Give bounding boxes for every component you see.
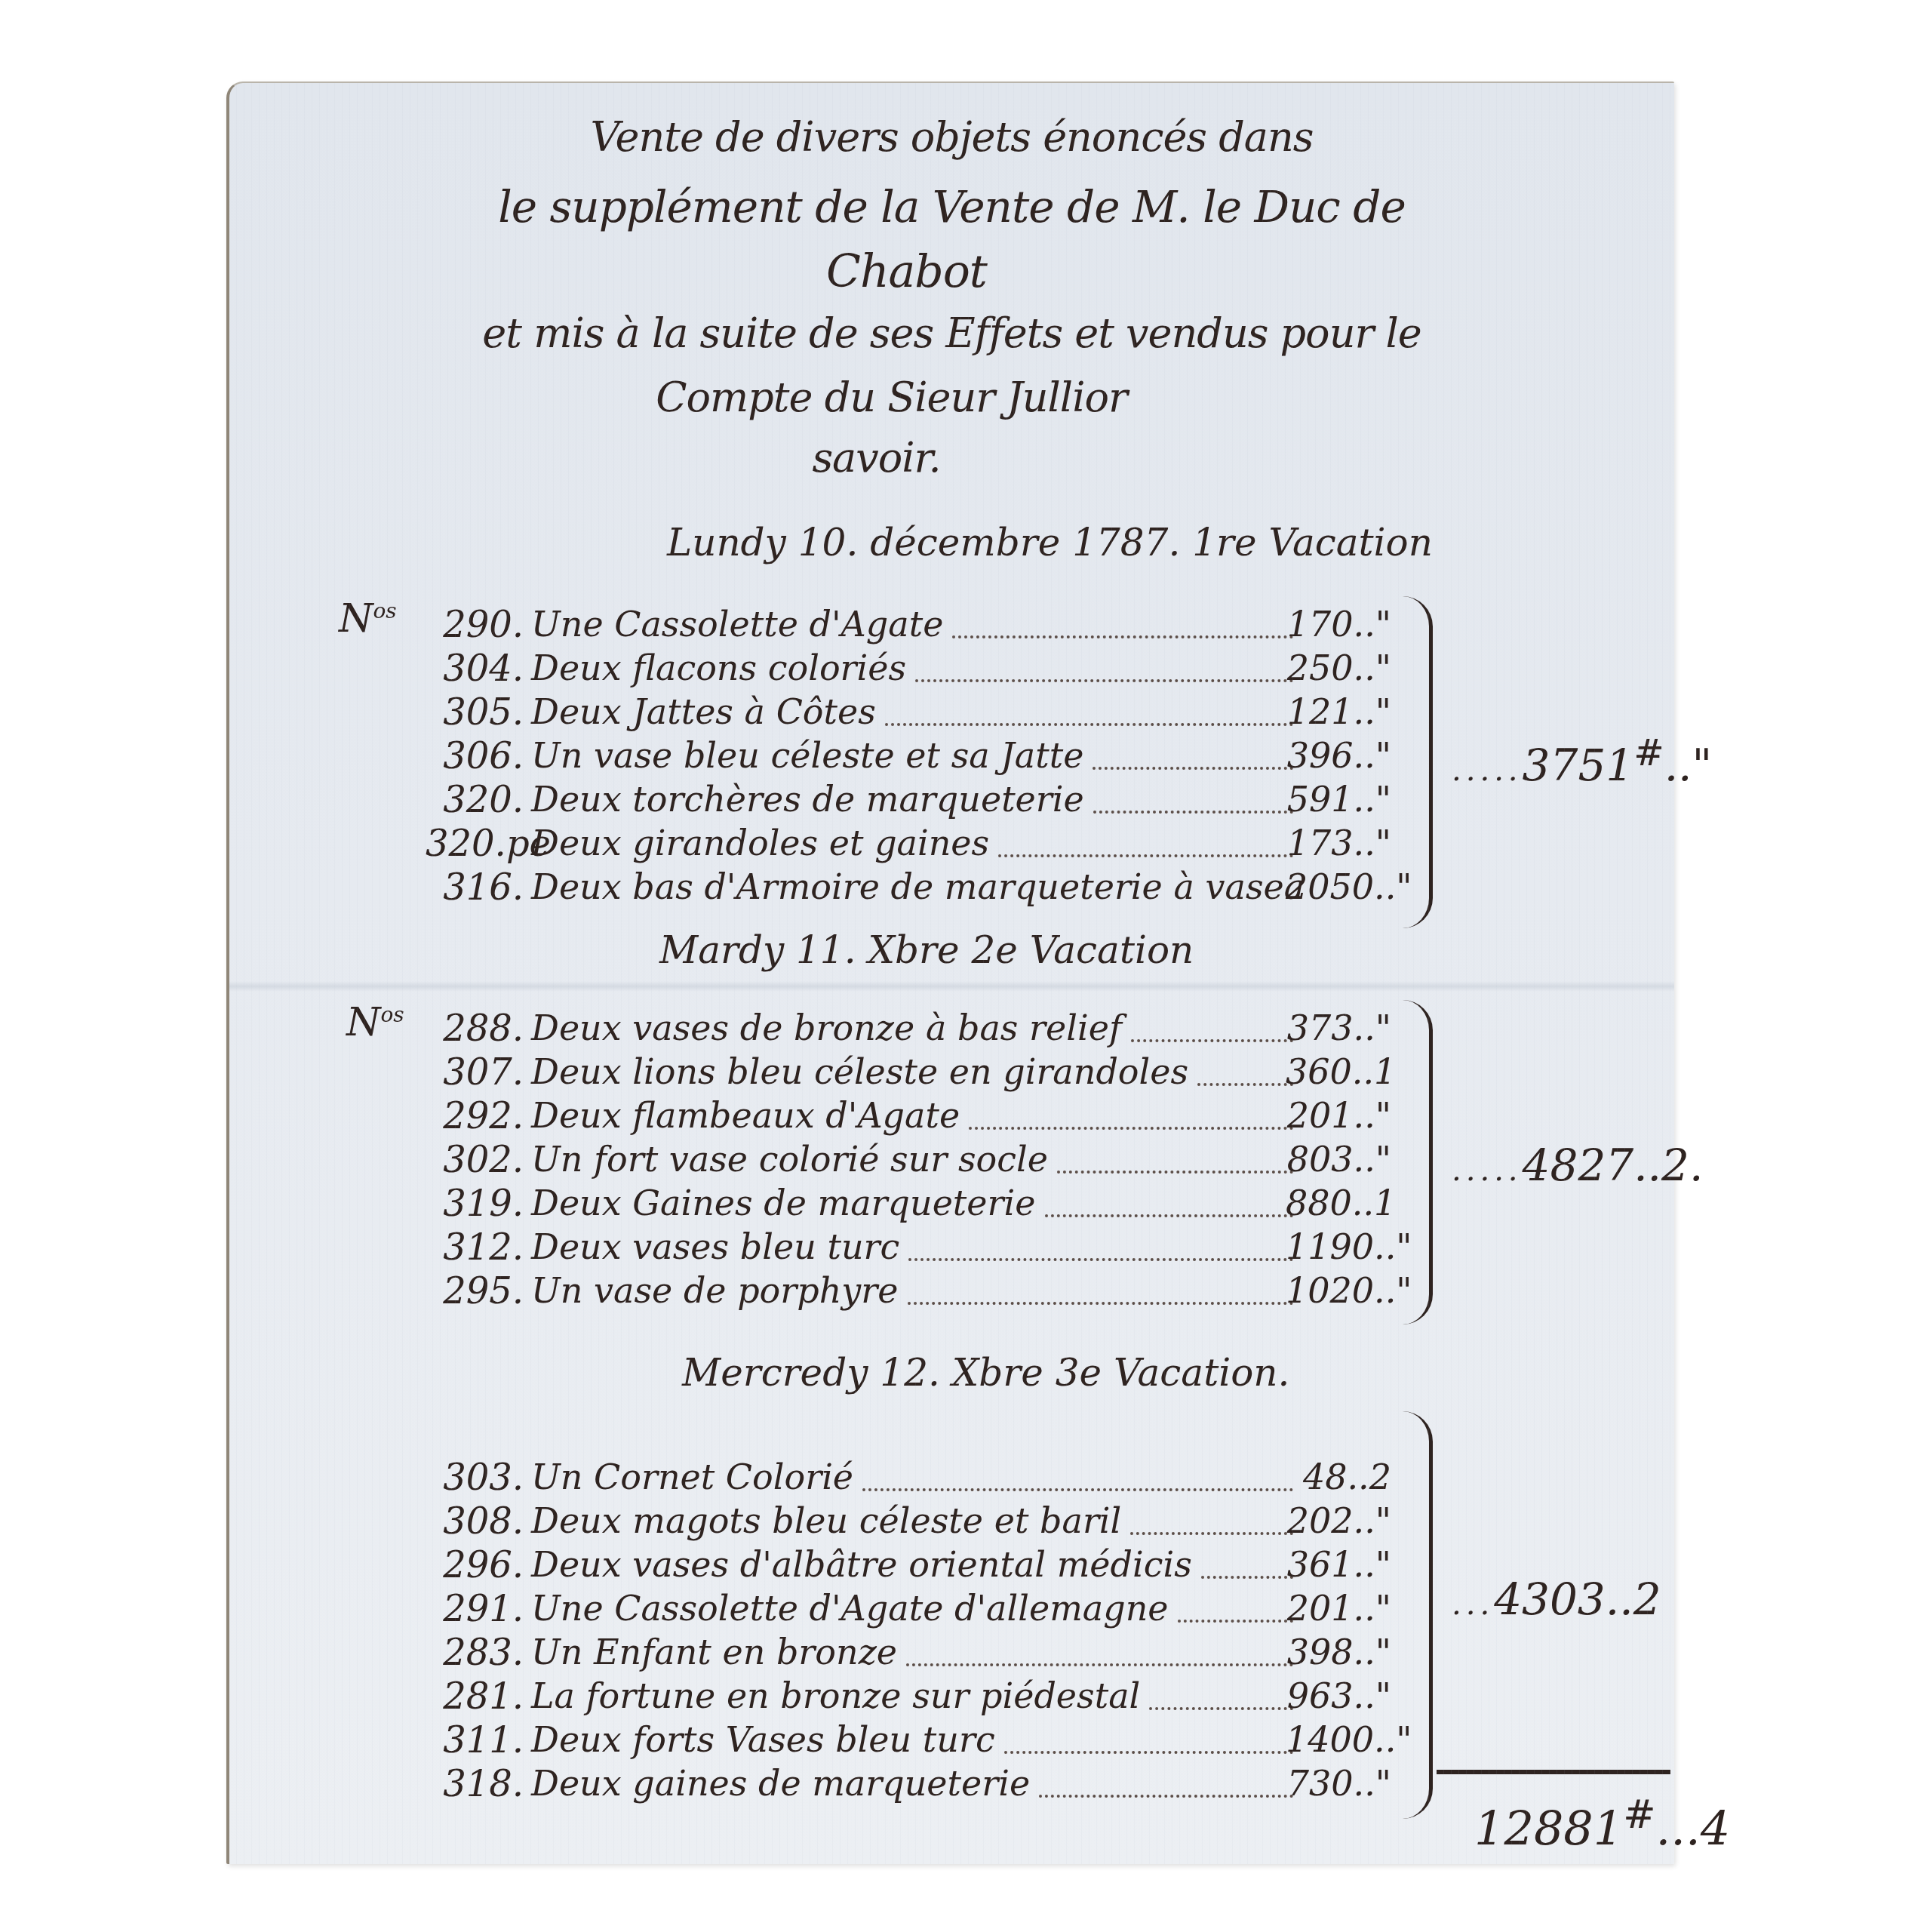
dotted-leader (862, 1488, 1293, 1491)
title-line-4: et mis à la suite de ses Effets et vendu… (229, 309, 1674, 357)
item-price: 880..1 (1286, 1183, 1391, 1223)
title-line-6: savoir. (154, 434, 1599, 481)
item-description: Deux vases bleu turc (531, 1226, 899, 1267)
lot-number: 318. (426, 1763, 524, 1805)
title-line-5: Compte du Sieur Jullior (169, 374, 1614, 421)
table-row: 305.Deux Jattes à Côtes121.." (229, 691, 1421, 737)
dotted-leader (952, 635, 1293, 638)
item-description: Deux lions bleu céleste en girandoles (531, 1051, 1188, 1092)
table-row: 311.Deux forts Vases bleu turc1400.." (229, 1719, 1421, 1764)
lot-number: 316. (426, 866, 524, 909)
manuscript-page: Vente de divers objets énoncés dans le s… (226, 82, 1674, 1864)
dotted-leader (885, 723, 1293, 726)
dotted-leader (908, 1258, 1293, 1261)
item-description: Deux magots bleu céleste et baril (531, 1500, 1121, 1541)
session-3-subtotal: ...4303..2 (1452, 1566, 1661, 1625)
table-row: 318.Deux gaines de marqueterie730.." (229, 1763, 1421, 1808)
session-heading: Lundy 10. décembre 1787. 1re Vacation (667, 521, 1433, 565)
item-description: Deux Jattes à Côtes (531, 691, 876, 732)
item-price: 591.." (1286, 779, 1391, 820)
dotted-leader (1131, 1039, 1293, 1042)
item-description: Un Cornet Colorié (531, 1457, 853, 1497)
dotted-leader (998, 854, 1293, 857)
table-row: 320.peDeux girandoles et gaines173.." (229, 823, 1421, 868)
brace-bracket (1399, 1000, 1433, 1324)
item-description: Une Cassolette d'Agate d'allemagne (531, 1588, 1169, 1629)
dotted-leader (1178, 1620, 1293, 1623)
lot-number: 292. (426, 1095, 524, 1137)
item-description: Deux bas d'Armoire de marqueterie à vase… (531, 866, 1305, 907)
dotted-leader (1130, 1532, 1293, 1535)
title-line-2: le supplément de la Vente de M. le Duc d… (229, 181, 1674, 232)
lot-number: 319. (426, 1183, 524, 1225)
item-description: Un vase bleu céleste et sa Jatte (531, 735, 1083, 776)
lot-number: 283. (426, 1632, 524, 1674)
item-price: 201.." (1286, 1588, 1391, 1629)
table-row: 312.Deux vases bleu turc1190.." (229, 1226, 1421, 1272)
table-row: 290.Une Cassolette d'Agate170.." (229, 604, 1421, 649)
item-description: Un fort vase colorié sur socle (531, 1139, 1048, 1180)
item-price: 201.." (1286, 1095, 1391, 1136)
item-description: Deux girandoles et gaines (531, 823, 989, 863)
item-description: Deux flambeaux d'Agate (531, 1095, 960, 1136)
item-description: Un vase de porphyre (531, 1270, 899, 1311)
total-rule (1437, 1770, 1670, 1774)
table-row: 295.Un vase de porphyre1020.." (229, 1270, 1421, 1315)
session-2-subtotal: .....4827..2. (1452, 1132, 1703, 1191)
item-price: 1020.." (1286, 1270, 1391, 1311)
item-price: 1400.." (1286, 1719, 1391, 1760)
item-description: Deux gaines de marqueterie (531, 1763, 1030, 1804)
lot-number: 291. (426, 1588, 524, 1630)
item-price: 373.." (1286, 1008, 1391, 1048)
lot-number: 303. (426, 1457, 524, 1499)
item-description: Une Cassolette d'Agate (531, 604, 943, 645)
lot-number: 311. (426, 1719, 524, 1761)
session-heading: Mardy 11. Xbre 2e Vacation (659, 928, 1194, 972)
lot-number: 307. (426, 1051, 524, 1094)
table-row: 308.Deux magots bleu céleste et baril202… (229, 1500, 1421, 1546)
dotted-leader (1093, 767, 1293, 770)
lot-number: 302. (426, 1139, 524, 1181)
session-1-subtotal: .....3751#.." (1452, 732, 1712, 791)
item-description: Deux vases de bronze à bas relief (531, 1008, 1122, 1048)
dotted-leader (1045, 1214, 1293, 1217)
item-description: Deux flacons coloriés (531, 648, 906, 688)
dotted-leader (969, 1127, 1293, 1130)
title-line-1: Vente de divers objets énoncés dans (229, 113, 1674, 161)
item-price: 48..2 (1286, 1457, 1391, 1497)
table-row: 316.Deux bas d'Armoire de marqueterie à … (229, 866, 1421, 912)
table-row: 281.La fortune en bronze sur piédestal96… (229, 1675, 1421, 1721)
table-row: 302.Un fort vase colorié sur socle803.." (229, 1139, 1421, 1184)
item-description: Deux vases d'albâtre oriental médicis (531, 1544, 1192, 1585)
table-row: 306.Un vase bleu céleste et sa Jatte396.… (229, 735, 1421, 780)
table-row: 283.Un Enfant en bronze398.." (229, 1632, 1421, 1677)
lot-number: 290. (426, 604, 524, 646)
item-price: 398.." (1286, 1632, 1391, 1672)
item-price: 173.." (1286, 823, 1391, 863)
lot-number: 304. (426, 648, 524, 690)
brace-bracket (1399, 596, 1433, 928)
dotted-leader (1197, 1083, 1293, 1086)
dotted-leader (1149, 1707, 1293, 1710)
lot-number: 295. (426, 1270, 524, 1312)
lot-number: 296. (426, 1544, 524, 1586)
dotted-leader (1201, 1576, 1293, 1579)
item-price: 730.." (1286, 1763, 1391, 1804)
grand-total: 12881#...4 (1474, 1792, 1730, 1856)
item-price: 396.." (1286, 735, 1391, 776)
table-row: 303.Un Cornet Colorié48..2 (229, 1457, 1421, 1502)
dotted-leader (1093, 811, 1293, 814)
item-description: La fortune en bronze sur piédestal (531, 1675, 1140, 1716)
item-price: 202.." (1286, 1500, 1391, 1541)
lot-number: 305. (426, 691, 524, 734)
item-description: Deux torchères de marqueterie (531, 779, 1084, 820)
lot-number: 288. (426, 1008, 524, 1050)
item-price: 803.." (1286, 1139, 1391, 1180)
lot-number: 281. (426, 1675, 524, 1718)
table-row: 288.Deux vases de bronze à bas relief373… (229, 1008, 1421, 1053)
item-price: 963.." (1286, 1675, 1391, 1716)
item-price: 1190.." (1286, 1226, 1391, 1267)
dotted-leader (915, 679, 1293, 682)
lot-number: 312. (426, 1226, 524, 1269)
table-row: 320.Deux torchères de marqueterie591.." (229, 779, 1421, 824)
item-description: Deux forts Vases bleu turc (531, 1719, 995, 1760)
dotted-leader (1057, 1171, 1293, 1174)
table-row: 307.Deux lions bleu céleste en girandole… (229, 1051, 1421, 1097)
item-price: 361.." (1286, 1544, 1391, 1585)
table-row: 319.Deux Gaines de marqueterie880..1 (229, 1183, 1421, 1228)
table-row: 304.Deux flacons coloriés250.." (229, 648, 1421, 693)
item-price: 250.." (1286, 648, 1391, 688)
lot-number: 320. (426, 779, 524, 821)
brace-bracket (1399, 1411, 1433, 1819)
dotted-leader (1039, 1795, 1293, 1798)
table-row: 292.Deux flambeaux d'Agate201.." (229, 1095, 1421, 1140)
table-row: 296.Deux vases d'albâtre oriental médici… (229, 1544, 1421, 1589)
item-description: Deux Gaines de marqueterie (531, 1183, 1036, 1223)
lot-number: 320.pe (426, 823, 524, 865)
dotted-leader (906, 1663, 1293, 1666)
item-price: 121.." (1286, 691, 1391, 732)
session-heading: Mercredy 12. Xbre 3e Vacation. (682, 1351, 1289, 1395)
item-price: 170.." (1286, 604, 1391, 645)
table-row: 291.Une Cassolette d'Agate d'allemagne20… (229, 1588, 1421, 1633)
item-price: 360..1 (1286, 1051, 1391, 1092)
dotted-leader (1004, 1751, 1293, 1754)
lot-number: 308. (426, 1500, 524, 1543)
title-line-3: Chabot (184, 245, 1629, 298)
lot-number: 306. (426, 735, 524, 777)
dotted-leader (908, 1302, 1293, 1305)
item-description: Un Enfant en bronze (531, 1632, 897, 1672)
